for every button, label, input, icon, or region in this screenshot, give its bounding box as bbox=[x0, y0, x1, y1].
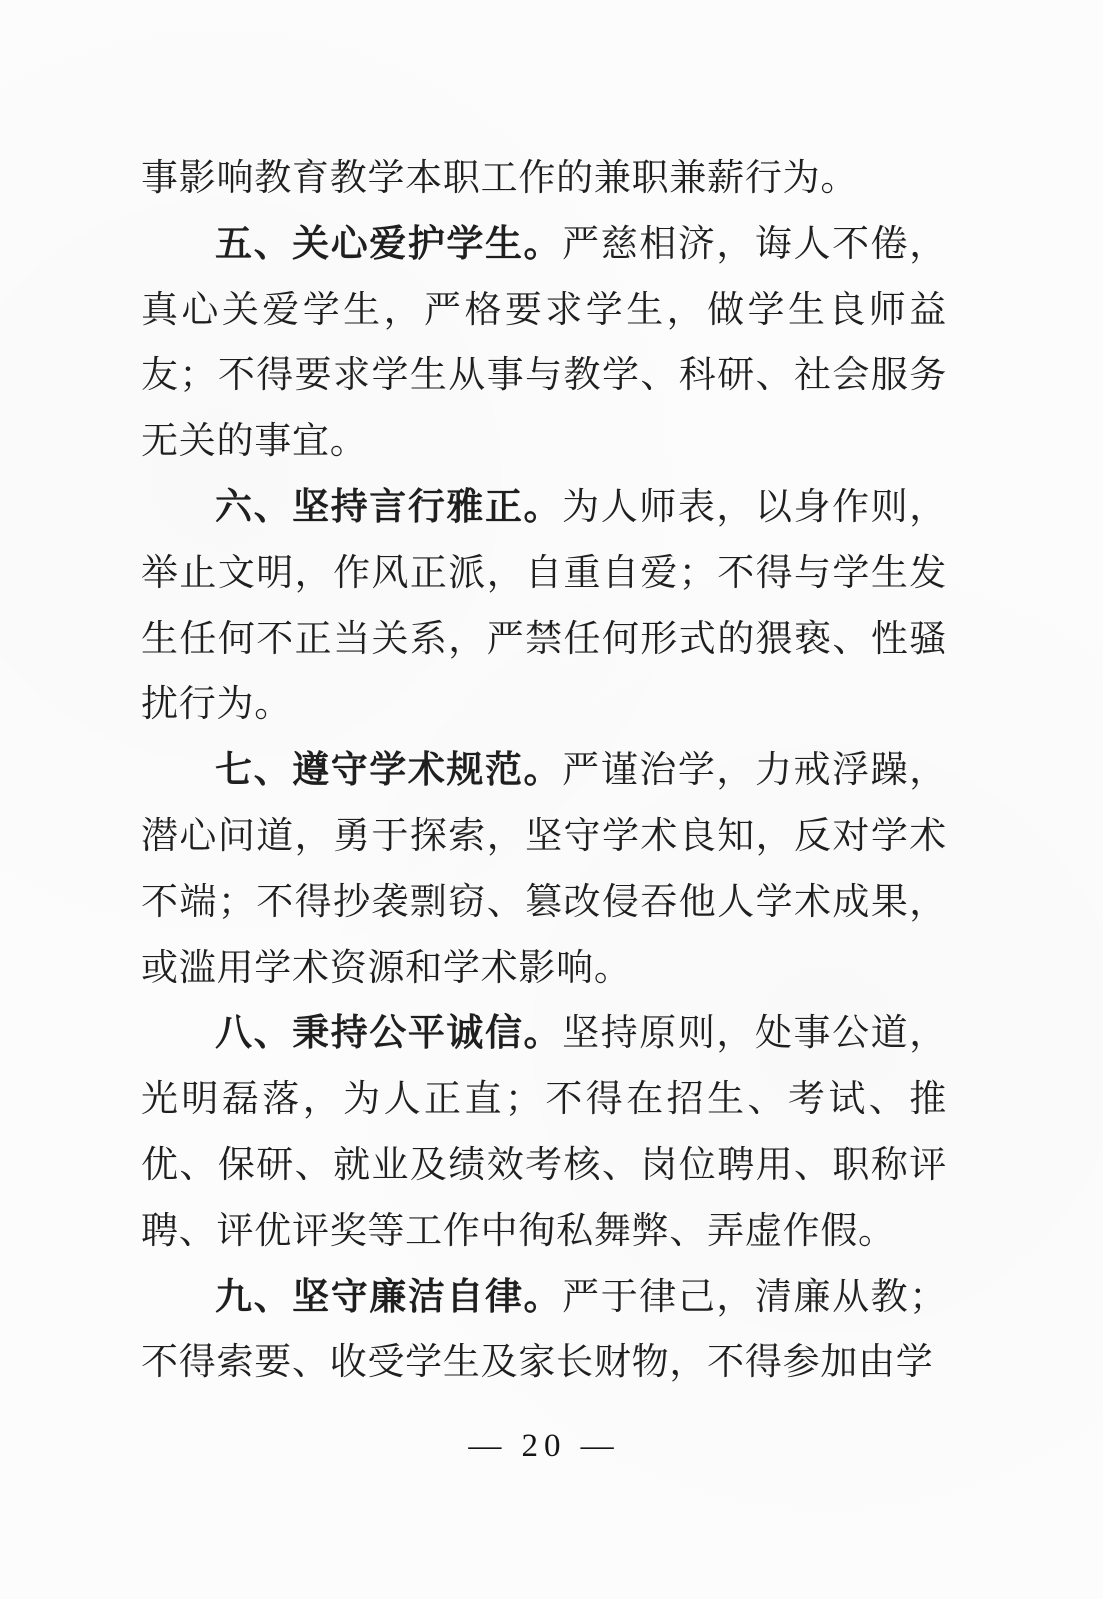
document-body: 事影响教育教学本职工作的兼职兼薪行为。 五、关心爱护学生。严慈相济，诲人不倦，真… bbox=[141, 146, 947, 1396]
document-page: 事影响教育教学本职工作的兼职兼薪行为。 五、关心爱护学生。严慈相济，诲人不倦，真… bbox=[0, 0, 1103, 1599]
paragraph-rule-7: 七、遵守学术规范。严谨治学，力戒浮躁，潜心问道，勇于探索，坚守学术良知，反对学术… bbox=[141, 738, 947, 1001]
paragraph-rule-5: 五、关心爱护学生。严慈相济，诲人不倦，真心关爱学生，严格要求学生，做学生良师益友… bbox=[141, 212, 947, 475]
rule-9-heading: 九、坚守廉洁自律。 bbox=[215, 1277, 562, 1318]
paragraph-rule-8: 八、秉持公平诚信。坚持原则，处事公道，光明磊落，为人正直；不得在招生、考试、推优… bbox=[141, 1001, 947, 1264]
paragraph-text: 事影响教育教学本职工作的兼职兼薪行为。 bbox=[141, 158, 858, 199]
paragraph-rule-6: 六、坚持言行雅正。为人师表，以身作则，举止文明，作风正派，自重自爱；不得与学生发… bbox=[141, 475, 947, 738]
page-number: — 20 — bbox=[468, 1428, 619, 1464]
page-footer: — 20 — bbox=[141, 1428, 947, 1465]
rule-5-heading: 五、关心爱护学生。 bbox=[215, 224, 562, 265]
rule-6-heading: 六、坚持言行雅正。 bbox=[215, 487, 562, 528]
paragraph-continuation: 事影响教育教学本职工作的兼职兼薪行为。 bbox=[141, 146, 947, 212]
rule-7-heading: 七、遵守学术规范。 bbox=[215, 750, 562, 791]
paragraph-rule-9: 九、坚守廉洁自律。严于律己，清廉从教；不得索要、收受学生及家长财物，不得参加由学 bbox=[141, 1265, 947, 1397]
rule-8-heading: 八、秉持公平诚信。 bbox=[215, 1013, 562, 1054]
